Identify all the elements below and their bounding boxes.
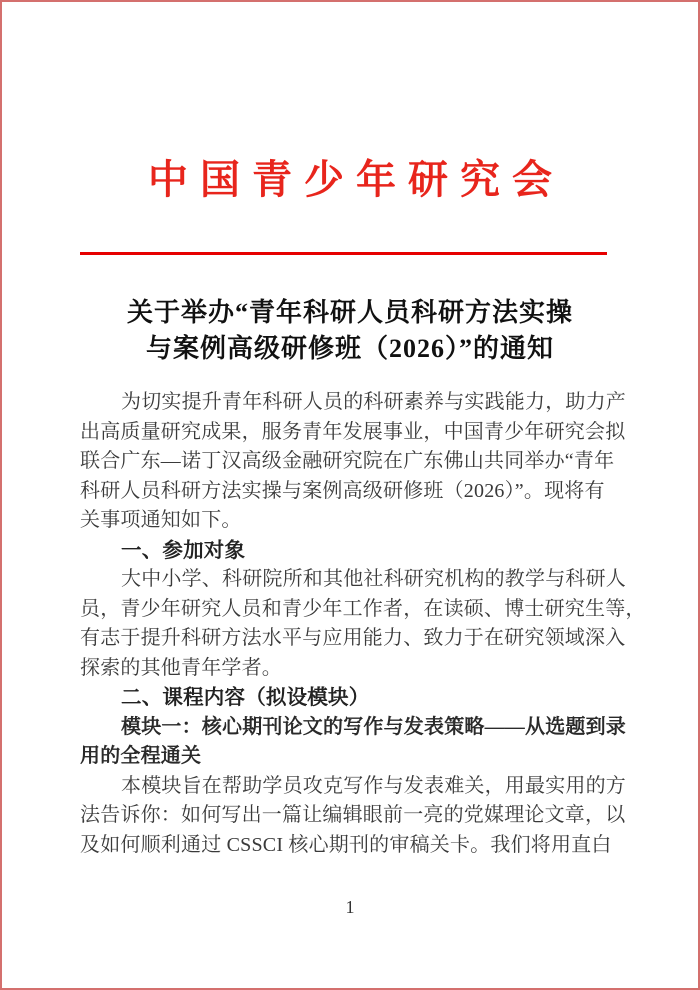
letterhead-divider [80, 252, 607, 255]
section-heading-2: 二、课程内容（拟设模块） [80, 683, 628, 713]
body-line: 出高质量研究成果，服务青年发展事业，中国青少年研究会拟 [80, 418, 628, 448]
page-number: 1 [2, 895, 698, 919]
notice-title: 关于举办“青年科研人员科研方法实操 与案例高级研修班（2026）”的通知 [2, 295, 698, 367]
module-heading-line: 模块一：核心期刊论文的写作与发表策略——从选题到录 [80, 713, 628, 743]
body-line: 联合广东—诺丁汉高级金融研究院在广东佛山共同举办“青年 [80, 447, 628, 477]
notice-body: 为切实提升青年科研人员的科研素养与实践能力，助力产 出高质量研究成果，服务青年发… [80, 388, 628, 860]
body-line: 科研人员科研方法实操与案例高级研修班（2026）”。现将有 [80, 477, 628, 507]
notice-title-line-1: 关于举办“青年科研人员科研方法实操 [2, 295, 698, 331]
body-line: 法告诉你：如何写出一篇让编辑眼前一亮的党媒理论文章，以 [80, 801, 628, 831]
body-line: 为切实提升青年科研人员的科研素养与实践能力，助力产 [80, 388, 628, 418]
body-line: 员，青少年研究人员和青少年工作者，在读硕、博士研究生等， [80, 595, 628, 625]
section-heading-1: 一、参加对象 [80, 536, 628, 566]
body-line: 关事项通知如下。 [80, 506, 628, 536]
body-line: 本模块旨在帮助学员攻克写作与发表难关，用最实用的方 [80, 772, 628, 802]
body-line: 探索的其他青年学者。 [80, 654, 628, 684]
body-line: 大中小学、科研院所和其他社科研究机构的教学与科研人 [80, 565, 628, 595]
body-line: 有志于提升科研方法水平与应用能力、致力于在研究领域深入 [80, 624, 628, 654]
notice-title-line-2: 与案例高级研修班（2026）”的通知 [2, 331, 698, 367]
letterhead-org-name: 中国青少年研究会 [2, 152, 698, 208]
notice-page: 中国青少年研究会 关于举办“青年科研人员科研方法实操 与案例高级研修班（2026… [0, 0, 700, 990]
body-line: 及如何顺利通过 CSSCI 核心期刊的审稿关卡。我们将用直白 [80, 831, 628, 861]
module-heading-line: 用的全程通关 [80, 742, 628, 772]
